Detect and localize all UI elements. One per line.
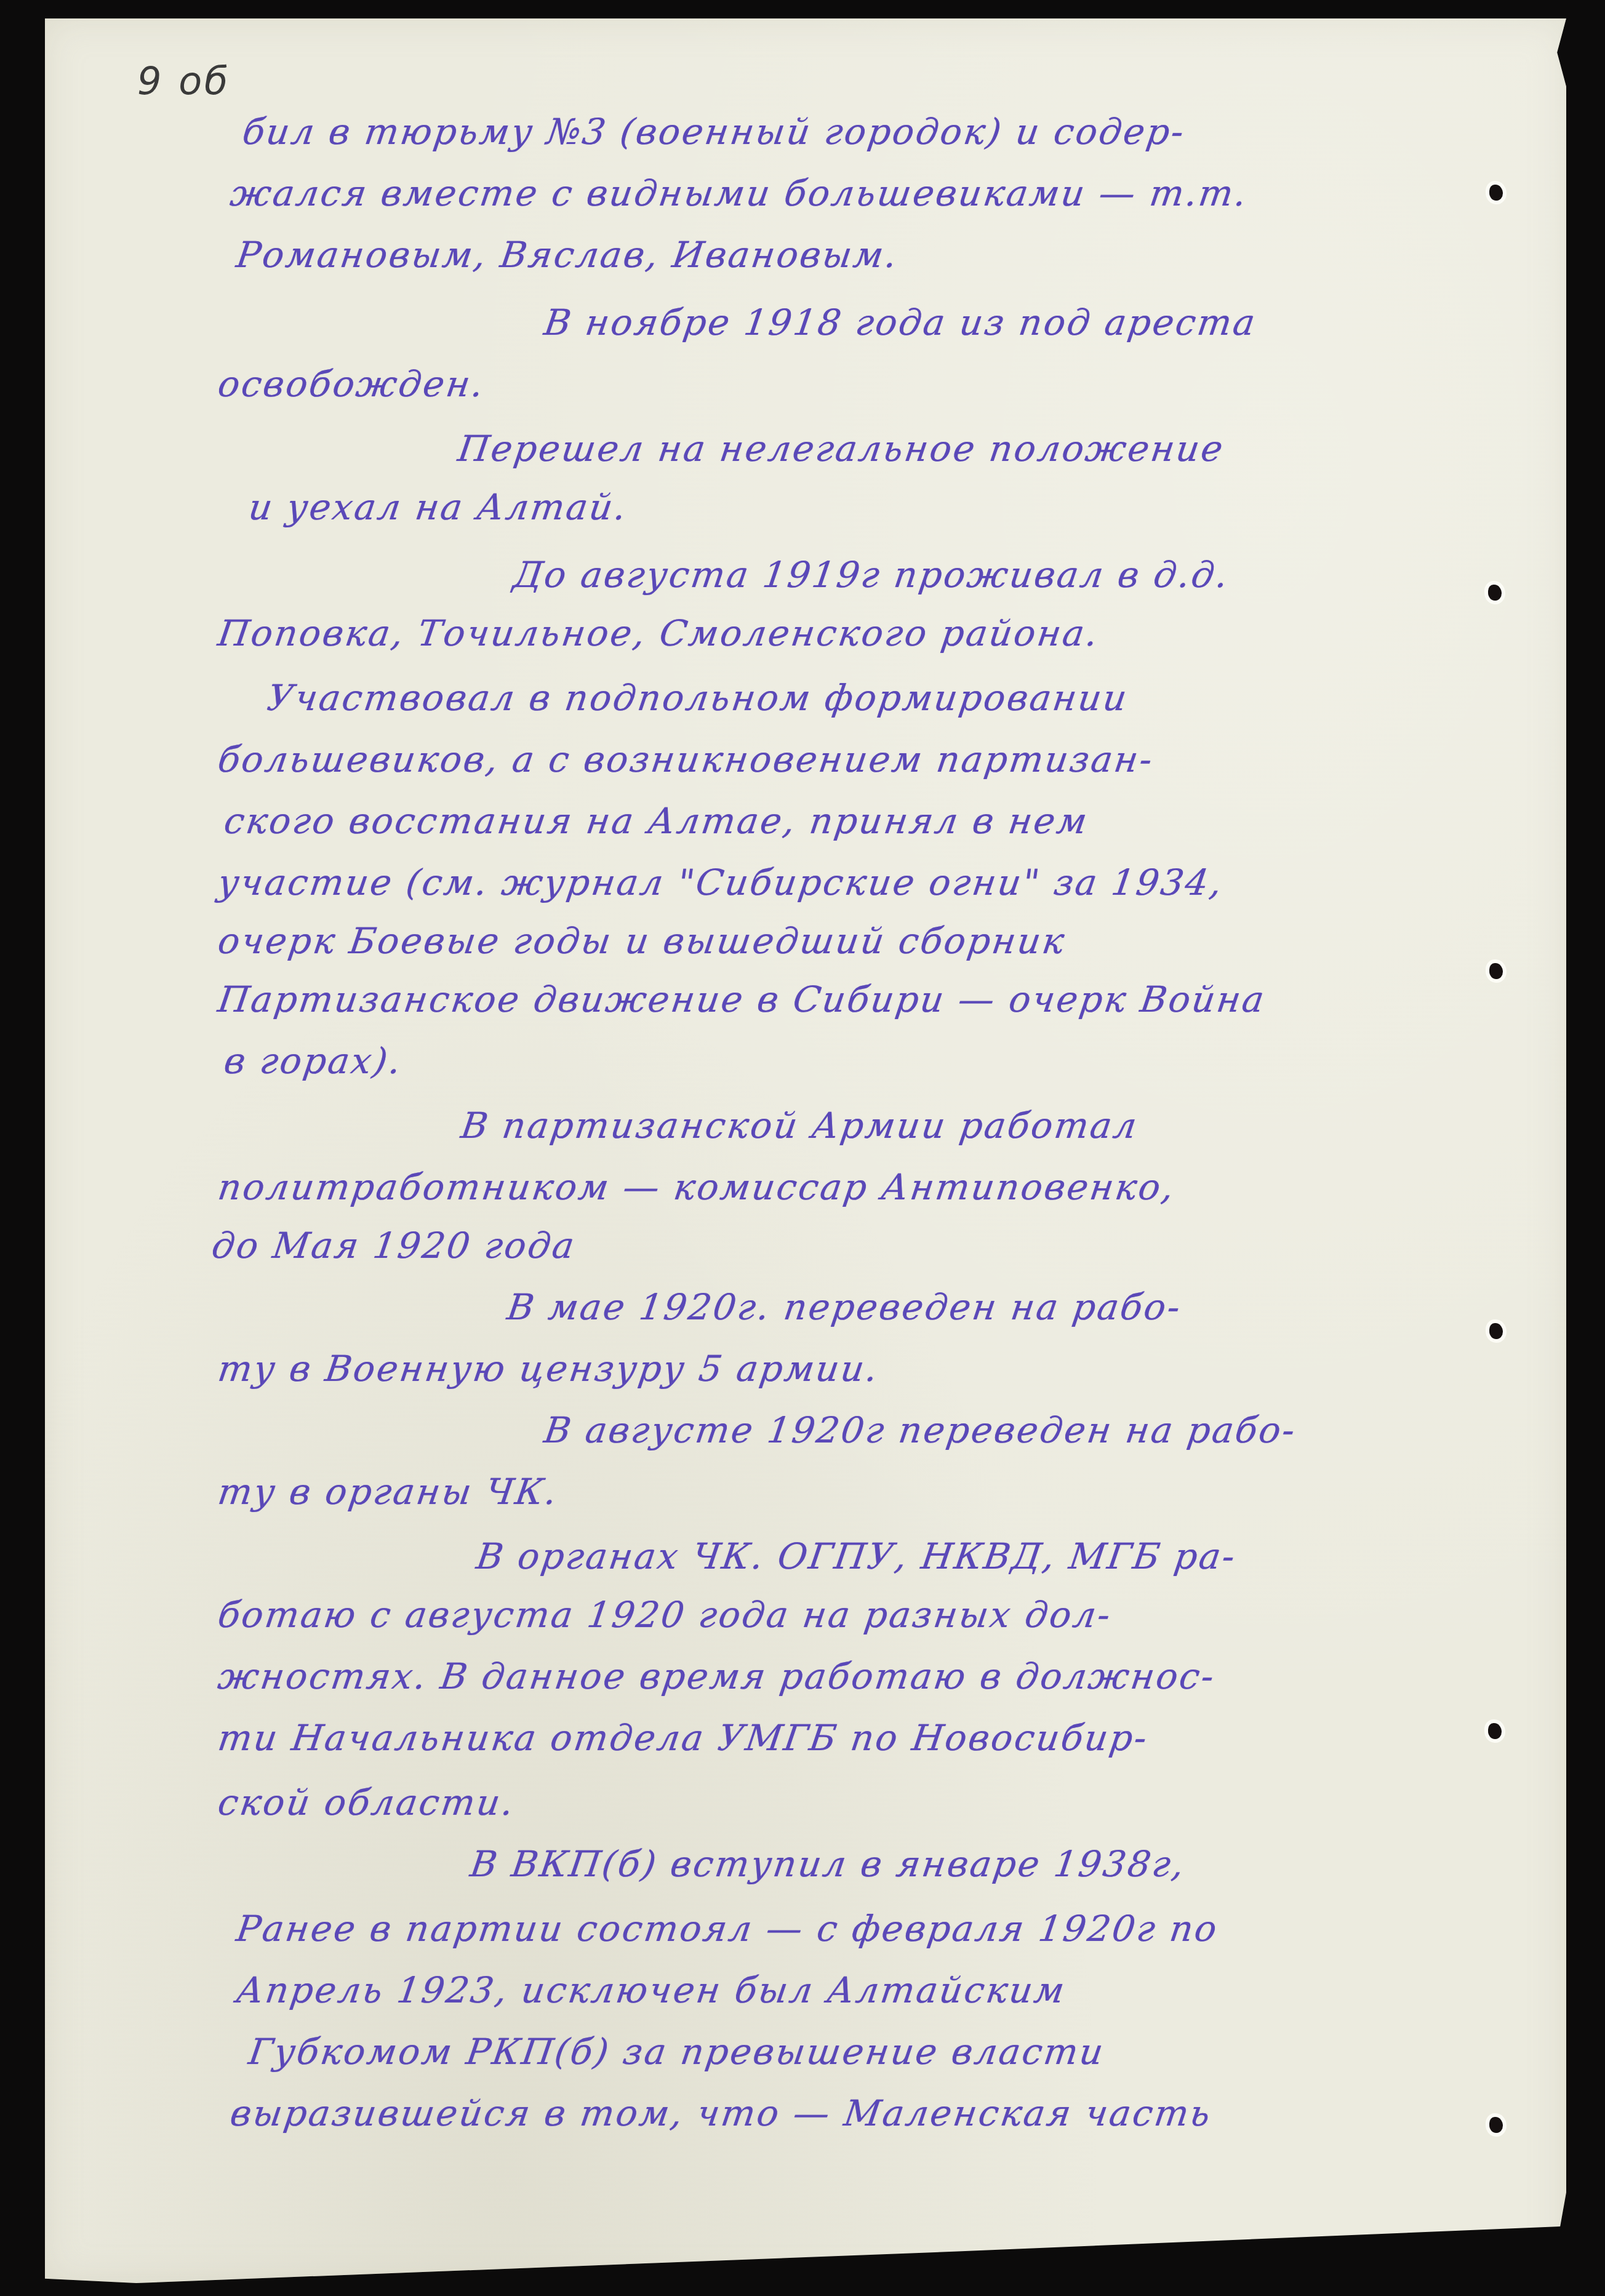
punch-hole-icon [1488,585,1502,601]
handwritten-line: В ноябре 1918 года из под ареста [542,302,1259,343]
handwritten-line: Партизанское движение в Сибири — очерк В… [215,978,1268,1020]
handwritten-line: В органах ЧК. ОГПУ, НКВД, МГБ ра- [474,1535,1239,1577]
handwritten-line: В партизанской Армии работал [458,1105,1141,1146]
folio-number: 9 об [137,58,230,103]
punch-hole-icon [1489,185,1503,201]
handwritten-line: очерк Боевые годы и вышедший сборник [215,920,1068,962]
handwritten-line: ботаю с августа 1920 года на разных дол- [215,1594,1115,1636]
handwritten-line: жался вместе с видными большевиками — т.… [228,172,1251,214]
handwritten-line: политработником — комиссар Антиповенко, [215,1166,1178,1208]
handwritten-line: В ВКП(б) вступил в январе 1938г, [468,1843,1188,1885]
punch-hole-icon [1489,2117,1503,2133]
handwritten-line: ту в органы ЧК. [215,1471,561,1513]
punch-hole-icon [1488,1723,1502,1739]
handwritten-line: Романовым, Вяслав, Ивановым. [234,234,901,276]
handwritten-line: ского восстания на Алтае, принял в нем [222,800,1091,842]
punch-hole-icon [1489,1323,1503,1339]
handwritten-line: ской области. [215,1782,518,1823]
handwritten-line: жностях. В данное время работаю в должно… [215,1655,1219,1697]
handwritten-line: Апрель 1923, исключен был Алтайским [234,1969,1069,2011]
handwritten-line: ти Начальника отдела УМГБ по Новосибир- [215,1717,1151,1759]
handwritten-line: освобожден. [215,363,488,405]
handwritten-line: До августа 1919г проживал в д.д. [511,554,1232,596]
handwritten-line: в горах). [222,1040,405,1082]
handwritten-line: Перешел на нелегальное положение [455,428,1227,470]
punch-hole-icon [1489,963,1503,979]
handwritten-line: большевиков, а с возникновением партизан… [215,738,1156,780]
handwritten-line: Участвовал в подпольном формировании [265,677,1131,719]
document-page: 9 об бил в тюрьму №3 (военный городок) и… [45,18,1566,2283]
handwritten-line: до Мая 1920 года [209,1225,578,1266]
handwritten-line: Ранее в партии состоял — с февраля 1920г… [234,1908,1221,1950]
handwritten-line: участие (см. журнал "Сибирские огни" за … [215,862,1227,903]
handwritten-line: и уехал на Алтай. [246,486,630,528]
handwritten-line: выразившейся в том, что — Маленская част… [228,2092,1215,2134]
handwritten-line: бил в тюрьму №3 (военный городок) и соде… [240,111,1188,153]
handwritten-line: ту в Военную цензуру 5 армии. [215,1348,882,1390]
handwritten-line: Поповка, Точильное, Смоленского района. [215,612,1102,654]
handwritten-line: Губкомом РКП(б) за превышение власти [246,2031,1108,2073]
handwritten-line: В августе 1920г переведен на рабо- [542,1409,1299,1451]
handwritten-line: В мае 1920г. переведен на рабо- [505,1286,1185,1328]
